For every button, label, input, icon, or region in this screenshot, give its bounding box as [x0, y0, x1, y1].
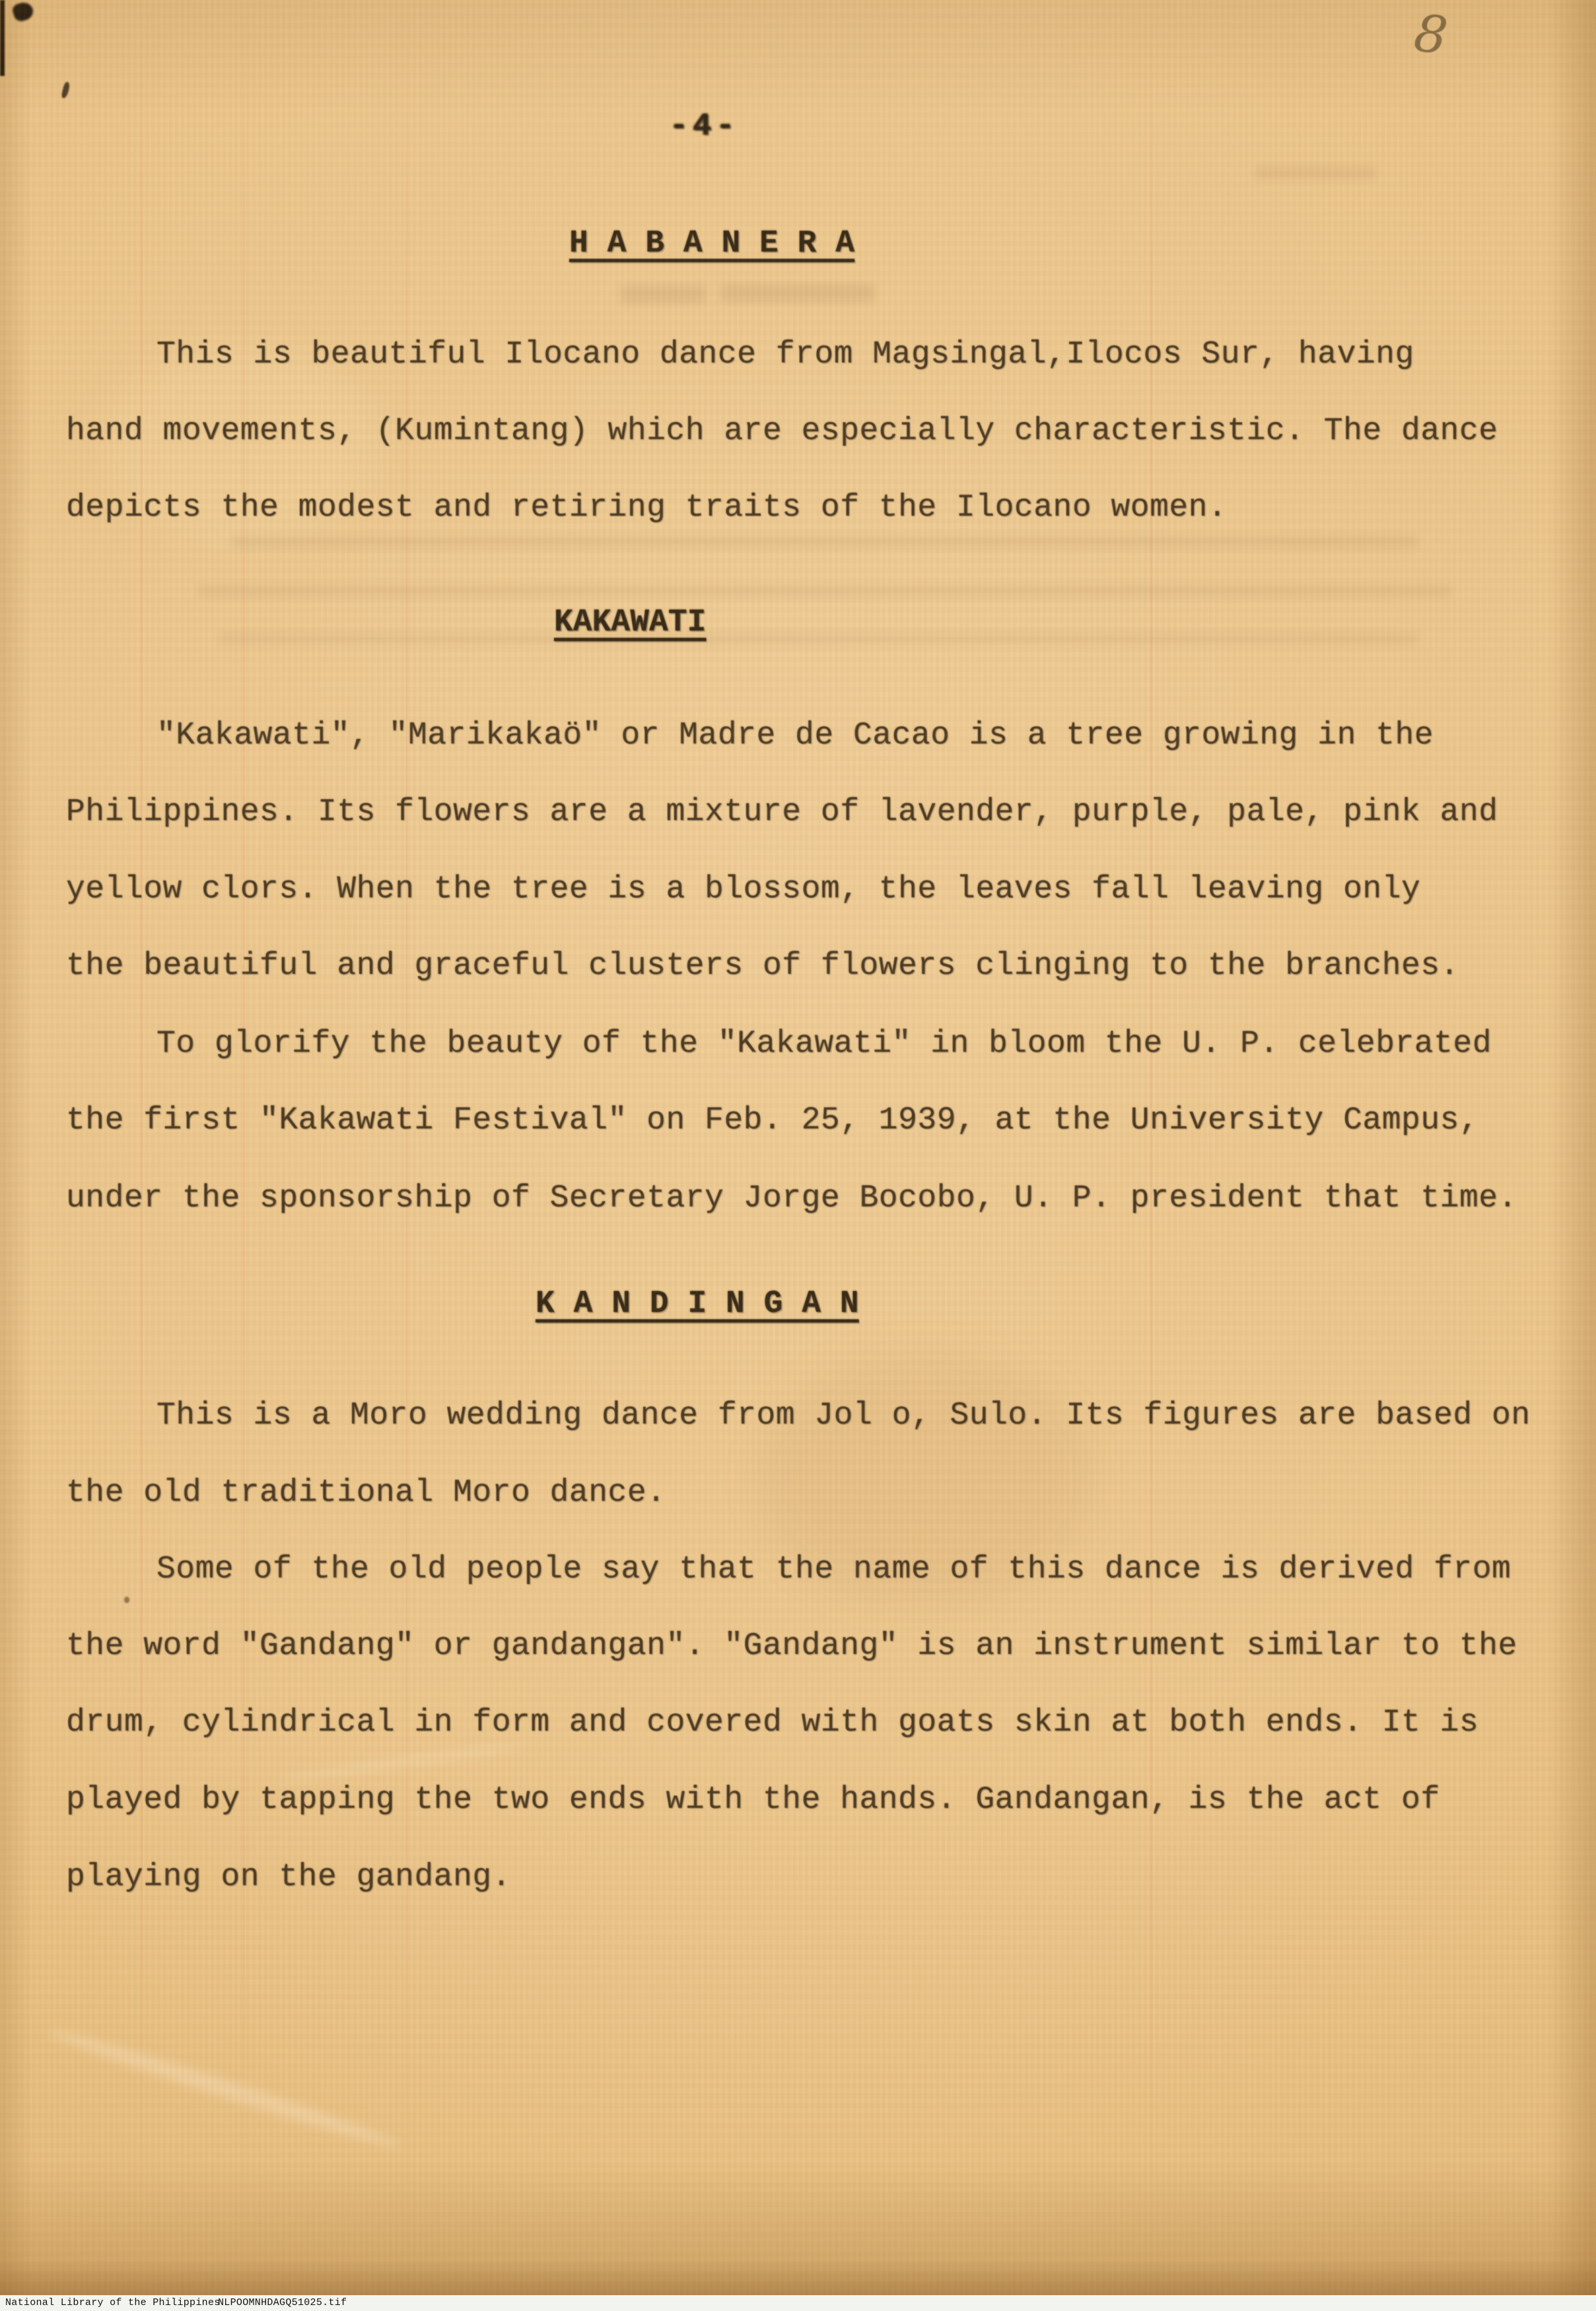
stray-ink-mark: [61, 81, 71, 98]
text-line: under the sponsorship of Secretary Jorge…: [66, 1179, 1565, 1218]
text-line: drum, cylindrical in form and covered wi…: [66, 1704, 1565, 1742]
paper-wrinkle: [278, 1739, 528, 1786]
text-line: the old traditional Moro dance.: [66, 1474, 1565, 1512]
bleed-through-text: [218, 633, 1420, 644]
bleed-through-text: [720, 284, 875, 302]
paper-wrinkle: [46, 2023, 403, 2154]
text-line: "Kakawati", "Marikakaö" or Madre de Caca…: [66, 716, 1596, 755]
text-line: Some of the old people say that the name…: [66, 1550, 1596, 1589]
scanner-footer-bar: National Library of the Philippines NLPO…: [0, 2295, 1596, 2311]
text-line: playing on the gandang.: [66, 1858, 1565, 1896]
typed-page-number: -4-: [670, 109, 740, 144]
text-line: To glorify the beauty of the "Kakawati" …: [66, 1025, 1596, 1063]
scan-edge-mark: [0, 0, 5, 76]
paper-speck: [124, 1597, 129, 1603]
section-heading-kakawati: KAKAWATI: [554, 605, 706, 640]
section-heading-habanera: H A B A N E R A: [569, 226, 854, 261]
bleed-through-text: [198, 585, 1453, 597]
text-line: hand movements, (Kumintang) which are es…: [66, 412, 1565, 450]
text-line: This is beautiful Ilocano dance from Mag…: [66, 335, 1596, 374]
footer-filename-label: NLPOOMNHDAGQ51025.tif: [218, 2295, 347, 2311]
bleed-through-text: [231, 536, 1420, 548]
text-line: the beautiful and graceful clusters of f…: [66, 947, 1565, 985]
scanned-document-page: 8 -4- H A B A N E R A This is beautiful …: [0, 0, 1596, 2311]
text-line: the first "Kakawati Festival" on Feb. 25…: [66, 1101, 1565, 1140]
bleed-through-text: [621, 285, 707, 304]
text-line: yellow clors. When the tree is a blossom…: [66, 870, 1565, 909]
footer-institution-label: National Library of the Philippines: [5, 2295, 221, 2311]
text-line: This is a Moro wedding dance from Jol o,…: [66, 1397, 1596, 1435]
text-line: played by tapping the two ends with the …: [66, 1781, 1565, 1819]
section-heading-kandingan: K A N D I N G A N: [536, 1286, 859, 1322]
text-line: the word "Gandang" or gandangan". "Ganda…: [66, 1627, 1565, 1665]
text-line: Philippines. Its flowers are a mixture o…: [66, 793, 1565, 831]
bleed-through-text: [1255, 166, 1377, 180]
text-line: depicts the modest and retiring traits o…: [66, 489, 1565, 527]
handwritten-page-number: 8: [1411, 3, 1451, 66]
corner-ink-blob: [11, 0, 36, 23]
